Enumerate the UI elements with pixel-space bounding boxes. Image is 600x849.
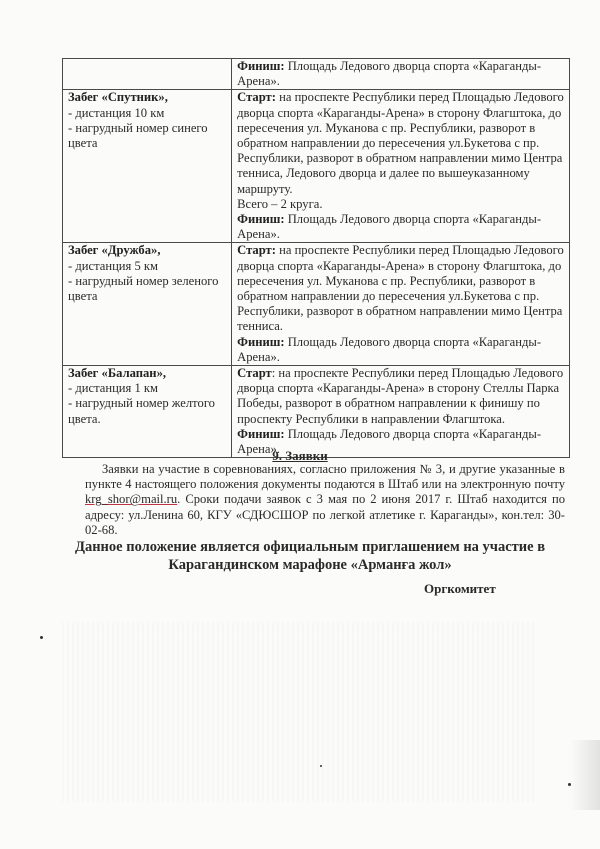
route-cell: Старт: на проспекте Республики перед Пло…	[232, 366, 570, 458]
race-bib-color: - нагрудный номер синего цвета	[68, 121, 227, 151]
scan-speck	[40, 636, 43, 639]
table-row: Финиш: Площадь Ледового дворца спорта «К…	[63, 59, 570, 90]
race-distance: - дистанция 5 км	[68, 259, 227, 274]
signature: Оргкомитет	[424, 581, 496, 597]
start-text: на проспекте Республики перед Площадью Л…	[237, 90, 564, 195]
race-title: Забег «Дружба»,	[68, 243, 227, 258]
finish-label: Финиш:	[237, 212, 284, 226]
route-cell: Старт: на проспекте Республики перед Пло…	[232, 243, 570, 366]
start-text: : на проспекте Республики перед Площадью…	[237, 366, 563, 426]
scan-edge-shadow	[570, 740, 600, 810]
race-distance: - дистанция 10 км	[68, 106, 227, 121]
laps-text: Всего – 2 круга.	[237, 197, 565, 212]
race-info-cell	[63, 59, 232, 90]
route-cell: Старт: на проспекте Республики перед Пло…	[232, 90, 570, 243]
race-info-cell: Забег «Дружба», - дистанция 5 км - нагру…	[63, 243, 232, 366]
applications-paragraph: Заявки на участие в соревнованиях, согла…	[85, 462, 565, 538]
race-info-cell: Забег «Спутник», - дистанция 10 км - наг…	[63, 90, 232, 243]
paragraph-text-1: Заявки на участие в соревнованиях, согла…	[85, 462, 565, 491]
start-text: на проспекте Республики перед Площадью Л…	[237, 243, 564, 333]
bleed-through-texture	[62, 622, 537, 802]
start-label: Старт:	[237, 90, 276, 104]
finish-label: Финиш:	[237, 59, 284, 73]
table-row: Забег «Дружба», - дистанция 5 км - нагру…	[63, 243, 570, 366]
race-distance: - дистанция 1 км	[68, 381, 227, 396]
email-link[interactable]: krg_shor@mail.ru	[85, 492, 177, 506]
invitation-line-2: Карагандинском марафоне «Арманға жол»	[60, 556, 560, 574]
invitation-line-1: Данное положение является официальным пр…	[60, 538, 560, 556]
route-cell: Финиш: Площадь Ледового дворца спорта «К…	[232, 59, 570, 90]
race-routes-table: Финиш: Площадь Ледового дворца спорта «К…	[62, 58, 570, 458]
start-label: Старт	[237, 366, 272, 380]
finish-label: Финиш:	[237, 427, 284, 441]
race-info-cell: Забег «Балапан», - дистанция 1 км - нагр…	[63, 366, 232, 458]
table-row: Забег «Балапан», - дистанция 1 км - нагр…	[63, 366, 570, 458]
scanned-page: Финиш: Площадь Ледового дворца спорта «К…	[0, 0, 600, 849]
invitation-statement: Данное положение является официальным пр…	[60, 538, 560, 574]
race-bib-color: - нагрудный номер зеленого цвета	[68, 274, 227, 304]
start-label: Старт:	[237, 243, 276, 257]
finish-label: Финиш:	[237, 335, 284, 349]
race-title: Забег «Балапан»,	[68, 366, 227, 381]
race-bib-color: - нагрудный номер желтого цвета.	[68, 396, 227, 426]
scan-speck	[320, 765, 322, 767]
table-row: Забег «Спутник», - дистанция 10 км - наг…	[63, 90, 570, 243]
race-title: Забег «Спутник»,	[68, 90, 227, 105]
